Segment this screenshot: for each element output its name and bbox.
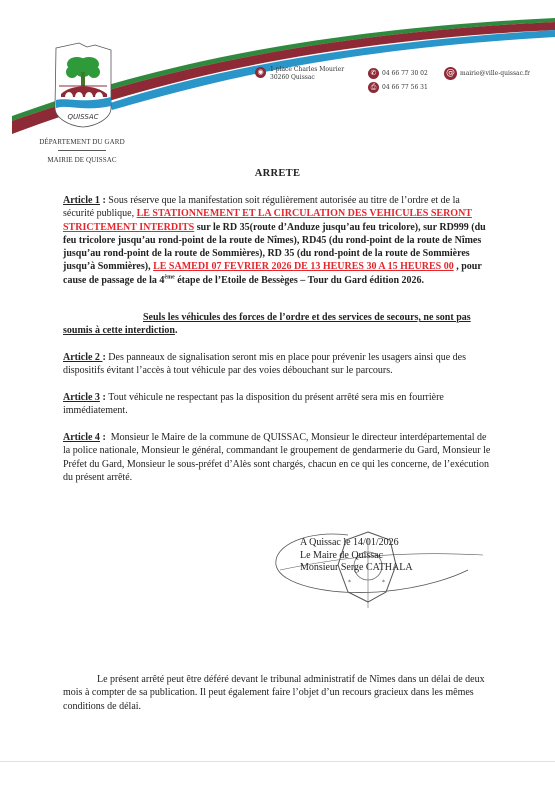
phone-icon: ✆ — [368, 68, 379, 79]
mairie-name: MAIRIE DE QUISSAC — [32, 156, 132, 164]
article-2-text: Des panneaux de signalisation seront mis… — [63, 352, 466, 376]
footer-divider — [0, 761, 555, 762]
article-2: Article 2 : Des panneaux de signalisatio… — [63, 351, 493, 378]
signature-place-date: A Quissac le 14/01/2026 — [300, 537, 413, 550]
article-1-label: Article 1 — [63, 195, 100, 206]
department-name: DÉPARTEMENT DU GARD — [32, 138, 132, 146]
location-pin-icon: ◉ — [255, 67, 266, 78]
legal-recourse-notice: Le présent arrêté peut être déféré devan… — [63, 673, 493, 713]
legal-recourse-text: Le présent arrêté peut être déféré devan… — [63, 674, 485, 712]
article-3-text: Tout véhicule ne respectant pas la dispo… — [63, 392, 444, 416]
exception-end: . — [175, 325, 178, 336]
article-4-separator: : — [100, 432, 111, 443]
svg-text:QUISSAC: QUISSAC — [67, 113, 98, 121]
article-4-text: Monsieur le Maire de la commune de QUISS… — [63, 432, 490, 483]
quissac-crest-logo: QUISSAC — [53, 42, 113, 128]
address: 1 place Charles Mourier 30260 Quissac — [270, 66, 344, 82]
article-1: Article 1 : Sous réserve que la manifest… — [63, 194, 493, 287]
article-4-label: Article 4 — [63, 432, 100, 443]
article-4: Article 4 : Monsieur le Maire de la comm… — [63, 431, 493, 484]
address-line-1: 1 place Charles Mourier — [270, 66, 344, 74]
article-1-date-time: LE SAMEDI 07 FEVRIER 2026 DE 13 HEURES 3… — [153, 261, 454, 272]
article-1-ordinal: ème — [164, 274, 174, 280]
address-line-2: 30260 Quissac — [270, 74, 344, 82]
article-2-label: Article 2 — [63, 352, 102, 363]
svg-text:*: * — [382, 579, 385, 586]
article-3-label: Article 3 — [63, 392, 100, 403]
document-title: ARRETE — [0, 168, 555, 179]
email-address: mairie@ville-quissac.fr — [460, 70, 530, 78]
department-divider — [58, 150, 106, 151]
signature-block: A Quissac le 14/01/2026 Le Maire de Quis… — [300, 537, 413, 575]
department-block: DÉPARTEMENT DU GARD MAIRIE DE QUISSAC — [32, 138, 132, 164]
svg-text:*: * — [348, 579, 351, 586]
article-1-event: étape de l’Etoile de Bessèges – Tour du … — [175, 275, 424, 286]
letterhead-document: QUISSAC DÉPARTEMENT DU GARD MAIRIE DE QU… — [0, 0, 555, 785]
phone-number: 04 66 77 30 02 — [382, 70, 428, 78]
exception-paragraph: Seuls les véhicules des forces de l’ordr… — [63, 311, 493, 338]
article-3: Article 3 : Tout véhicule ne respectant … — [63, 391, 493, 418]
signature-role: Le Maire de Quissac — [300, 550, 413, 563]
fax-icon: ⎙ — [368, 82, 379, 93]
fax-number: 04 66 77 56 31 — [382, 84, 428, 92]
signature-name: Monsieur Serge CATHALA — [300, 562, 413, 575]
exception-text: Seuls les véhicules des forces de l’ordr… — [63, 312, 471, 336]
at-sign-icon: @ — [444, 67, 457, 80]
